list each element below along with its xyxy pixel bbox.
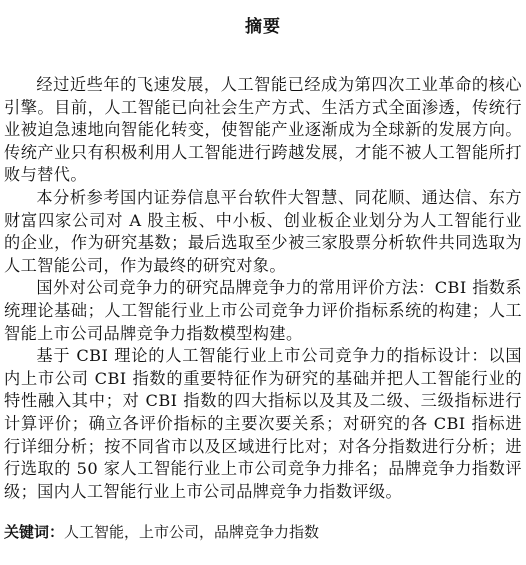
paragraph-methodology: 国外对公司竞争力的研究品牌竞争力的常用评价方法：CBI 指数系统理论基础；人工智… xyxy=(4,277,522,345)
keywords-value: 人工智能，上市公司，品牌竞争力指数 xyxy=(64,523,319,541)
keywords-line: 关键词：人工智能，上市公司，品牌竞争力指数 xyxy=(4,522,319,542)
keywords-label: 关键词： xyxy=(4,523,64,541)
paragraph-indicator-design: 基于 CBI 理论的人工智能行业上市公司竞争力的指标设计：以国内上市公司 CBI… xyxy=(4,345,522,503)
paragraph-sample-selection: 本分析参考国内证券信息平台软件大智慧、同花顺、通达信、东方财富四家公司对 A 股… xyxy=(4,187,522,277)
abstract-body: 经过近些年的飞速发展，人工智能已经成为第四次工业革命的核心引擎。目前，人工智能已… xyxy=(4,74,522,503)
abstract-title: 摘要 xyxy=(0,12,526,37)
paragraph-background: 经过近些年的飞速发展，人工智能已经成为第四次工业革命的核心引擎。目前，人工智能已… xyxy=(4,74,522,187)
